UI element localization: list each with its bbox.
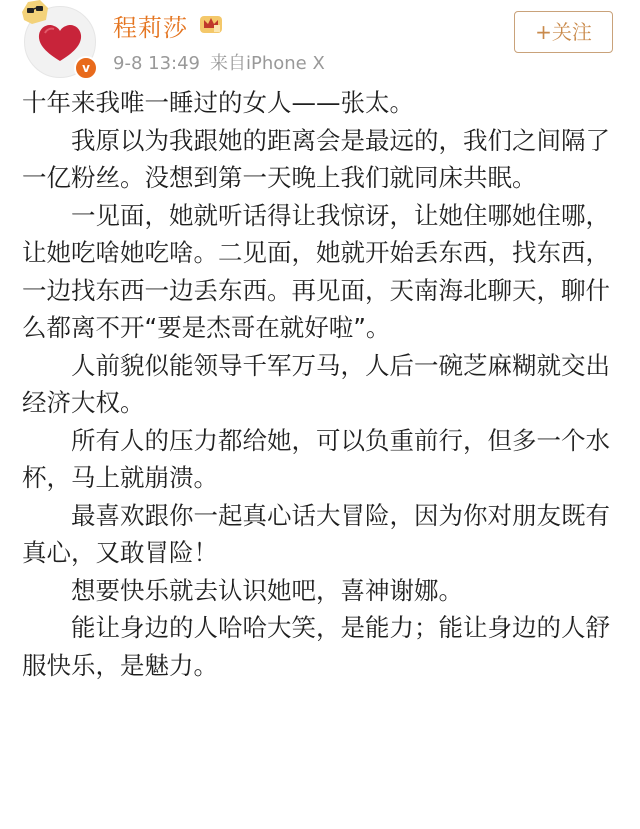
author-name[interactable]: 程莉莎 [113,8,188,43]
post-header: v 程莉莎 9-8 13:49来自iPhone X +关注 [0,0,640,80]
paragraph: 所有人的压力都给她，可以负重前行，但多一个水杯，马上就崩溃。 [22,422,622,497]
paragraph: 我原以为我跟她的距离会是最远的，我们之间隔了一亿粉丝。没想到第一天晚上我们就同床… [22,122,622,197]
verified-v-icon: v [74,56,98,80]
heart-icon [37,23,83,63]
paragraph: 十年来我唯一睡过的女人——张太。 [22,84,622,122]
paragraph: 想要快乐就去认识她吧，喜神谢娜。 [22,572,622,610]
paragraph: 能让身边的人哈哈大笑，是能力；能让身边的人舒服快乐，是魅力。 [22,609,622,684]
crown-icon[interactable] [199,12,223,34]
paragraph: 一见面，她就听话得让我惊讶，让她住哪她住哪，让她吃啥她吃啥。二见面，她就开始丢东… [22,197,622,347]
paragraph: 人前貌似能领导千军万马，人后一碗芝麻糊就交出经济大权。 [22,347,622,422]
post-source[interactable]: 来自iPhone X [210,53,325,74]
post-meta: 9-8 13:49来自iPhone X [113,49,325,75]
post-timestamp: 9-8 13:49 [113,53,200,74]
sunglasses-emoji-icon [20,0,50,24]
avatar[interactable]: v [24,6,96,78]
paragraph: 最喜欢跟你一起真心话大冒险，因为你对朋友既有真心，又敢冒险！ [22,497,622,572]
post-body: 十年来我唯一睡过的女人——张太。 我原以为我跟她的距离会是最远的，我们之间隔了一… [22,84,622,684]
follow-button[interactable]: +关注 [514,11,613,53]
